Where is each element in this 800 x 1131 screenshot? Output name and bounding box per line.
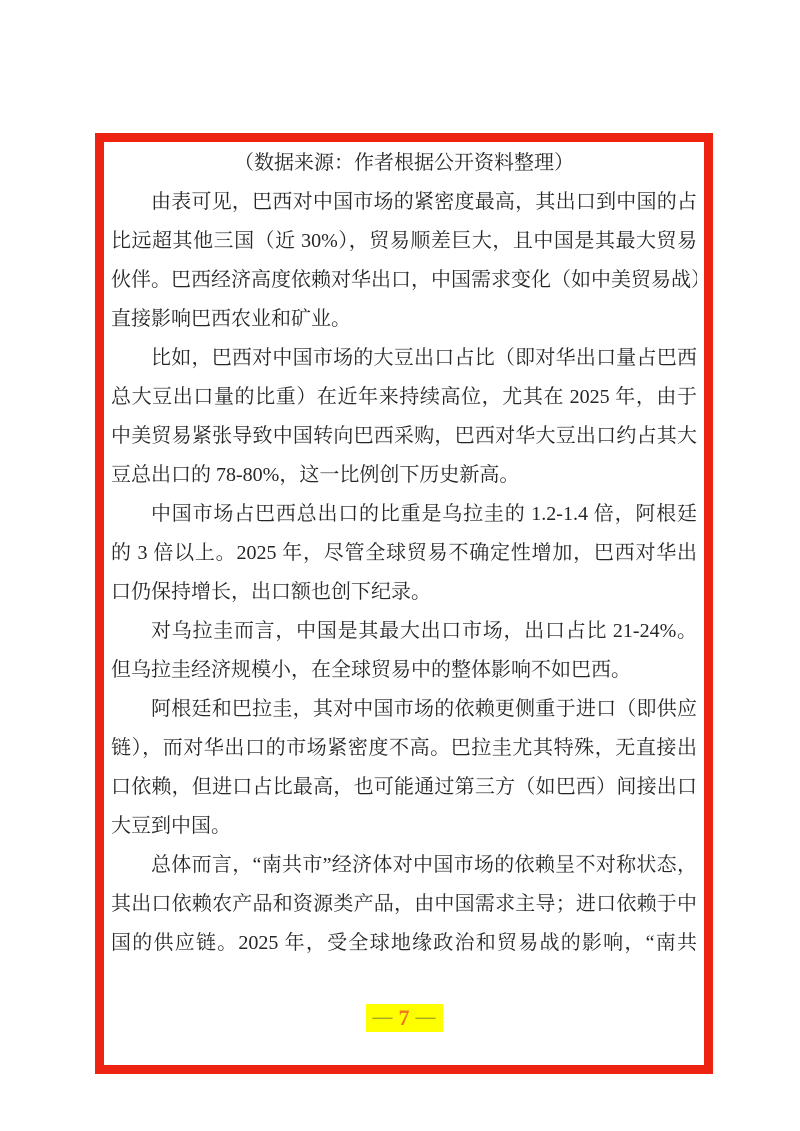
paragraph: 总体而言，“南共市”经济体对中国市场的依赖呈不对称状态，其出口依赖农产品和资源类… (111, 846, 697, 963)
page-content: （数据来源：作者根据公开资料整理） 由表可见，巴西对中国市场的紧密度最高，其出口… (104, 142, 704, 963)
text-line: 国的供应链。2025 年，受全球地缘政治和贸易战的影响，“南共 (111, 924, 697, 963)
footer-dash-right: — (416, 1006, 436, 1028)
text-line: 口仍保持增长，出口额也创下纪录。 (111, 573, 697, 612)
page-footer: — 7 — (104, 1004, 704, 1032)
text-line: 伙伴。巴西经济高度依赖对华出口，中国需求变化（如中美贸易战） (111, 261, 697, 300)
text-line: 比远超其他三国（近 30%），贸易顺差巨大，且中国是其最大贸易 (111, 222, 697, 261)
text-line: 由表可见，巴西对中国市场的紧密度最高，其出口到中国的占 (111, 183, 697, 222)
text-line: 链），而对华出口的市场紧密度不高。巴拉圭尤其特殊，无直接出 (111, 729, 697, 768)
text-line: 但乌拉圭经济规模小，在全球贸易中的整体影响不如巴西。 (111, 651, 697, 690)
text-line: 大豆到中国。 (111, 807, 697, 846)
page-border-frame: （数据来源：作者根据公开资料整理） 由表可见，巴西对中国市场的紧密度最高，其出口… (95, 133, 713, 1074)
text-line: 阿根廷和巴拉圭，其对中国市场的依赖更侧重于进口（即供应 (111, 690, 697, 729)
paragraph: 由表可见，巴西对中国市场的紧密度最高，其出口到中国的占比远超其他三国（近 30%… (111, 183, 697, 339)
paragraph: 阿根廷和巴拉圭，其对中国市场的依赖更侧重于进口（即供应链），而对华出口的市场紧密… (111, 690, 697, 846)
text-line: 豆总出口的 78-80%，这一比例创下历史新高。 (111, 456, 697, 495)
text-line: 其出口依赖农产品和资源类产品，由中国需求主导；进口依赖于中 (111, 885, 697, 924)
text-line: 的 3 倍以上。2025 年，尽管全球贸易不确定性增加，巴西对华出 (111, 534, 697, 573)
paragraph: 比如，巴西对中国市场的大豆出口占比（即对华出口量占巴西总大豆出口量的比重）在近年… (111, 339, 697, 495)
data-source-note: （数据来源：作者根据公开资料整理） (111, 144, 697, 183)
page-number-highlight: — 7 — (366, 1004, 443, 1032)
text-line: 中国市场占巴西总出口的比重是乌拉圭的 1.2-1.4 倍，阿根廷 (111, 495, 697, 534)
page-background: { "page": { "background": "#ffffff", "te… (0, 0, 800, 1131)
text-line: 直接影响巴西农业和矿业。 (111, 300, 697, 339)
text-line: 口依赖，但进口占比最高，也可能通过第三方（如巴西）间接出口 (111, 768, 697, 807)
text-line: 对乌拉圭而言，中国是其最大出口市场，出口占比 21-24%。 (111, 612, 697, 651)
page-number: 7 (397, 1005, 412, 1030)
text-line: 比如，巴西对中国市场的大豆出口占比（即对华出口量占巴西 (111, 339, 697, 378)
paragraph: 中国市场占巴西总出口的比重是乌拉圭的 1.2-1.4 倍，阿根廷的 3 倍以上。… (111, 495, 697, 612)
footer-dash-left: — (373, 1006, 393, 1028)
text-line: 总体而言，“南共市”经济体对中国市场的依赖呈不对称状态， (111, 846, 697, 885)
text-line: 中美贸易紧张导致中国转向巴西采购，巴西对华大豆出口约占其大 (111, 417, 697, 456)
paragraph: 对乌拉圭而言，中国是其最大出口市场，出口占比 21-24%。但乌拉圭经济规模小，… (111, 612, 697, 690)
text-line: 总大豆出口量的比重）在近年来持续高位，尤其在 2025 年，由于 (111, 378, 697, 417)
body-text: 由表可见，巴西对中国市场的紧密度最高，其出口到中国的占比远超其他三国（近 30%… (111, 183, 697, 963)
